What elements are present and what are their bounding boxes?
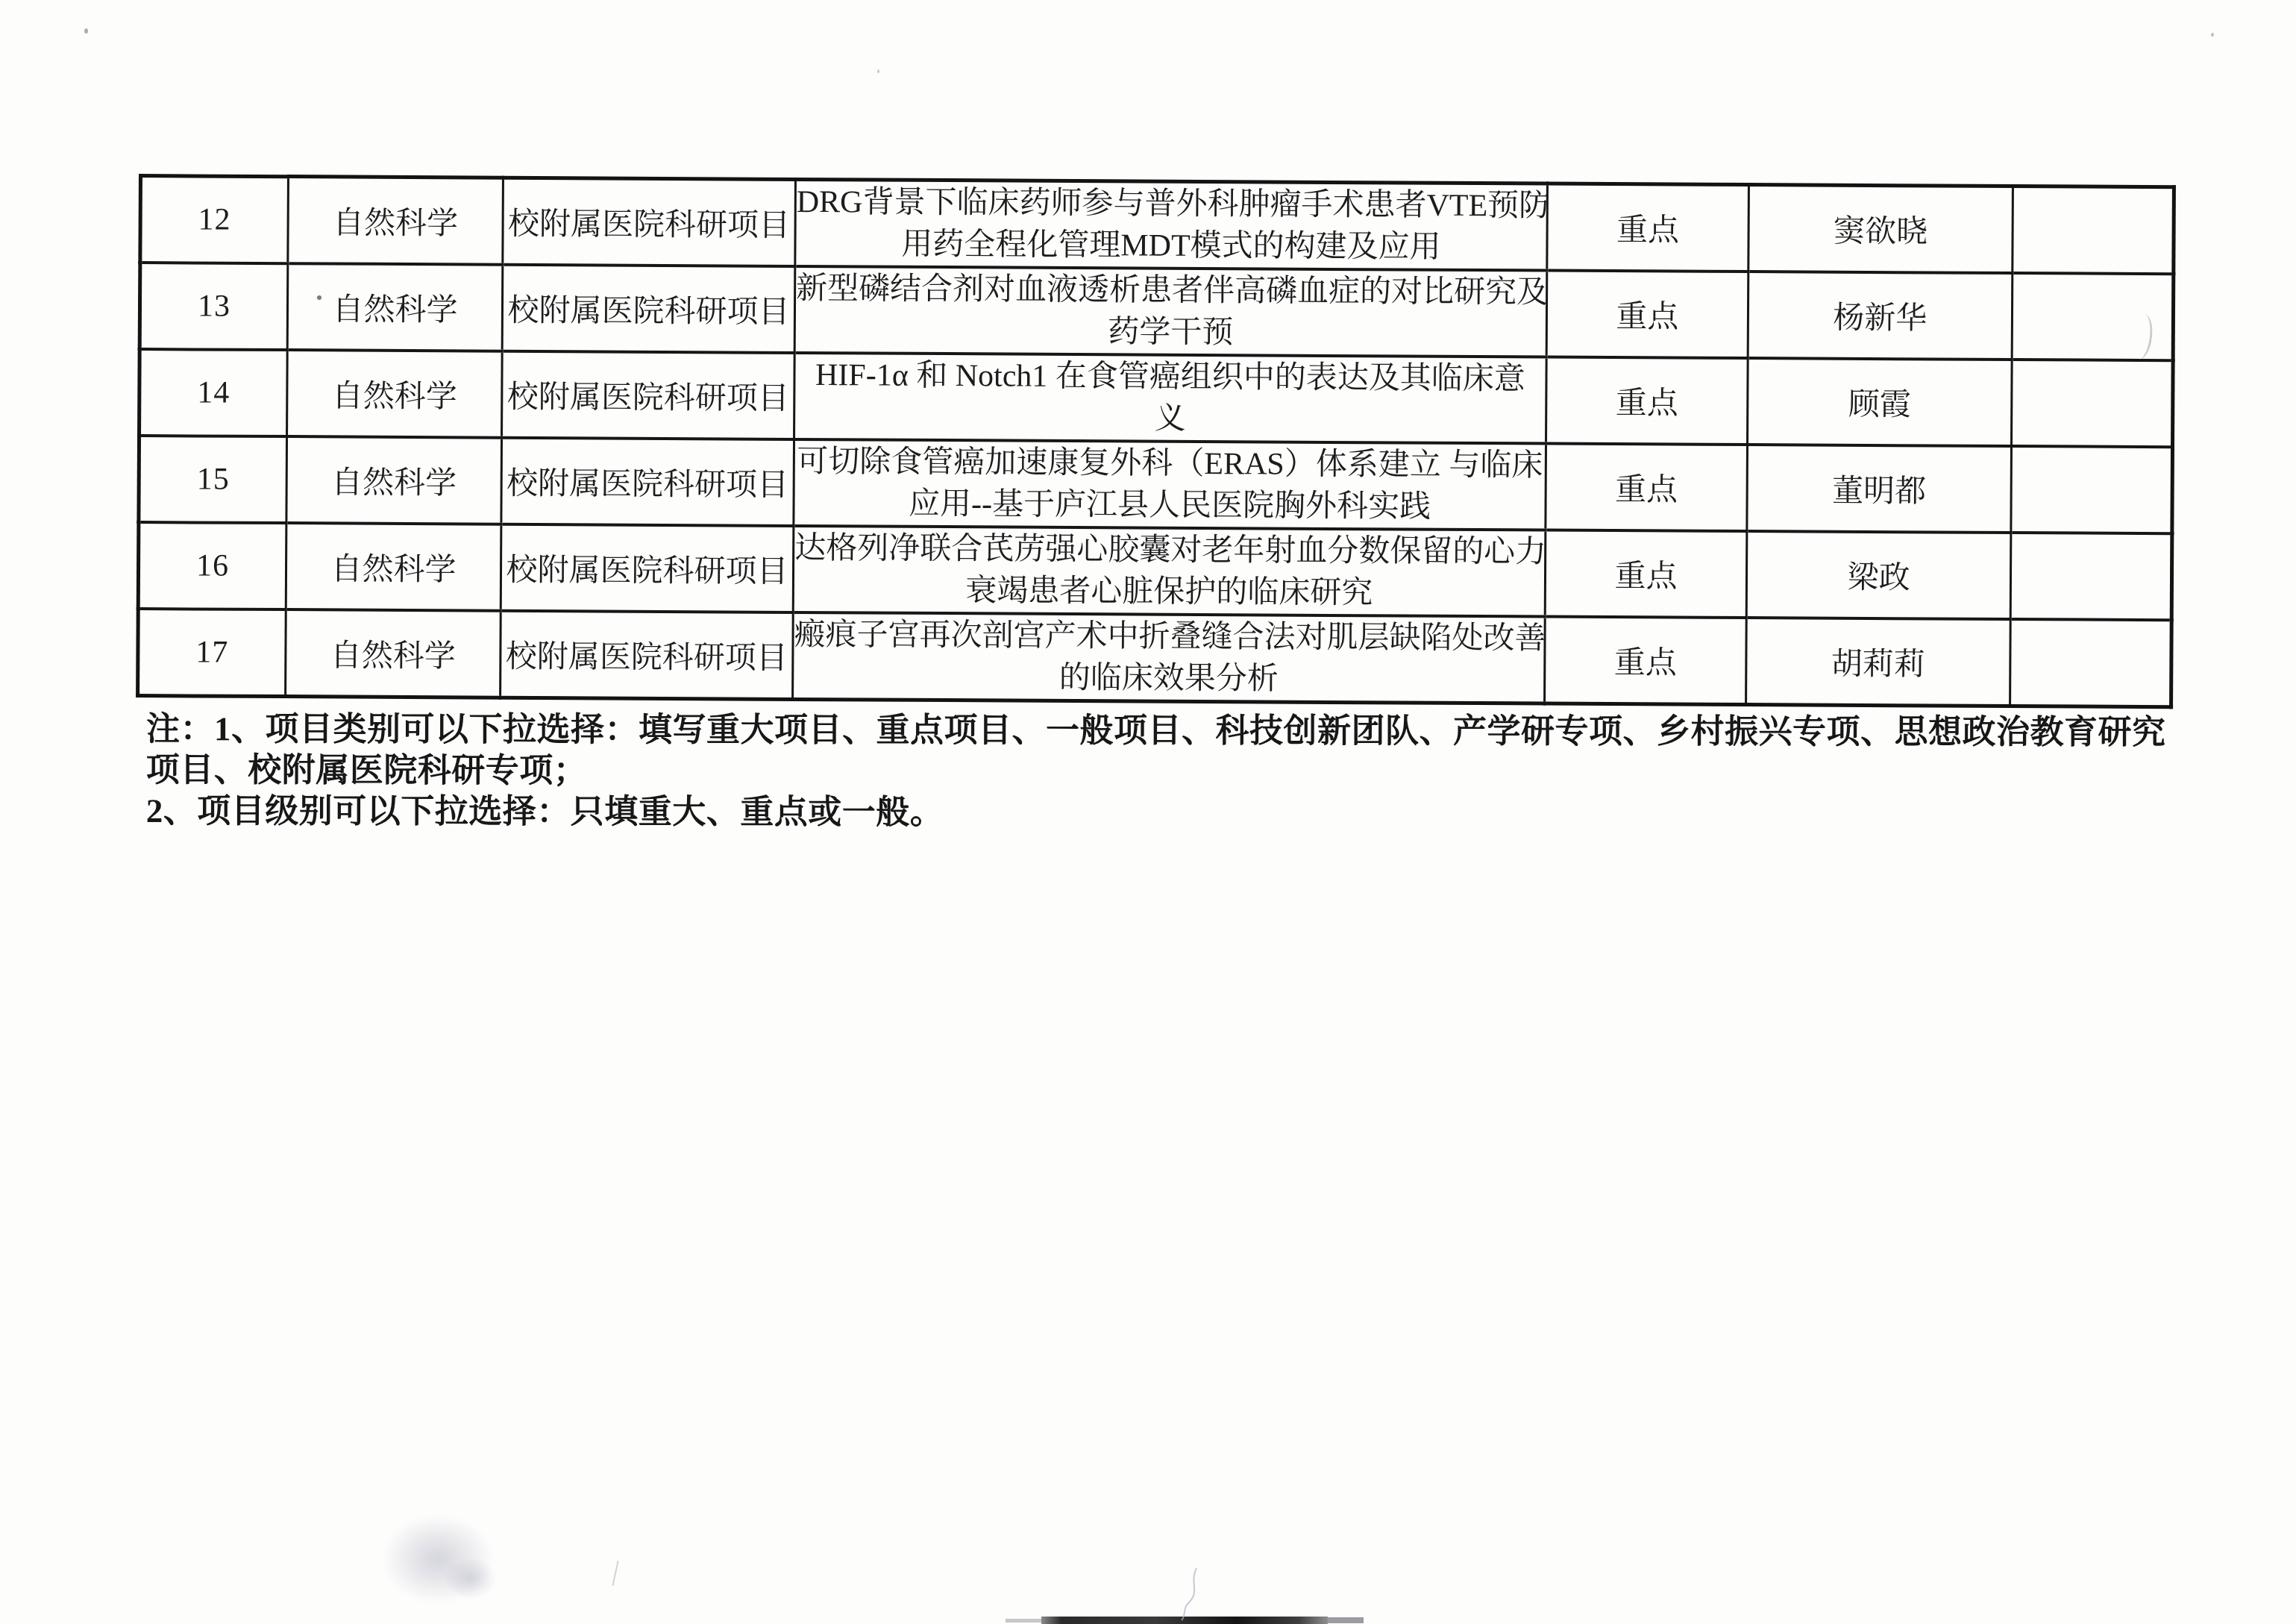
cell-no: 17 [138, 609, 286, 697]
title-line: 用药全程化管理MDT模式的构建及应用 [796, 223, 1546, 269]
cell-category: 自然科学 [287, 350, 503, 438]
scan-speck [877, 69, 879, 73]
scan-smudge [445, 1558, 497, 1599]
cell-leader: 胡莉莉 [1746, 618, 2011, 706]
table-row: 14 自然科学 校附属医院科研项目 HIF-1α 和 Notch1 在食管癌组织… [139, 349, 2174, 447]
scanned-document-page: 12 自然科学 校附属医院科研项目 DRG背景下临床药师参与普外科肿瘤手术患者V… [0, 0, 2296, 1624]
cell-leader: 顾霞 [1748, 358, 2013, 446]
title-line: 可切除食管癌加速康复外科（ERAS）体系建立 与临床 [795, 441, 1545, 487]
note-line: 项目、校附属医院科研专项； [146, 750, 2166, 794]
title-line: 的临床效果分析 [794, 656, 1543, 702]
cell-level: 重点 [1546, 357, 1748, 445]
cell-no: 16 [138, 522, 286, 609]
title-line: 药学干预 [796, 310, 1546, 356]
cell-project-type: 校附属医院科研项目 [503, 178, 796, 266]
cell-title: 达格列净联合芪苈强心胶囊对老年射血分数保留的心力 衰竭患者心脏保护的临床研究 [793, 526, 1546, 617]
projects-table-wrap: 12 自然科学 校附属医院科研项目 DRG背景下临床药师参与普外科肿瘤手术患者V… [136, 174, 2172, 709]
cell-remark [2010, 619, 2172, 707]
table-row: 16 自然科学 校附属医院科研项目 达格列净联合芪苈强心胶囊对老年射血分数保留的… [138, 522, 2172, 620]
title-line: HIF-1α 和 Notch1 在食管癌组织中的表达及其临床意 [795, 354, 1545, 401]
table-row: 13 自然科学 校附属医院科研项目 新型磷结合剂对血液透析患者伴高磷血症的对比研… [139, 263, 2174, 360]
scan-speck [2211, 33, 2214, 37]
scan-edge-bar [1328, 1617, 1364, 1623]
cell-level: 重点 [1546, 271, 1748, 359]
scan-squiggle [1168, 1564, 1213, 1623]
title-line: 达格列净联合芪苈强心胶囊对老年射血分数保留的心力 [794, 527, 1544, 574]
cell-level: 重点 [1546, 444, 1748, 532]
cell-no: 13 [139, 263, 288, 350]
notes: 注：1、项目类别可以下拉选择：填写重大项目、重点项目、一般项目、科技创新团队、产… [146, 709, 2166, 835]
title-line: 衰竭患者心脏保护的临床研究 [794, 569, 1544, 615]
title-line: 应用--基于庐江县人民医院胸外科实践 [794, 483, 1544, 529]
cell-level: 重点 [1545, 530, 1747, 618]
cell-no: 14 [139, 349, 288, 436]
table-row: 17 自然科学 校附属医院科研项目 瘢痕子宫再次剖宫产术中折叠缝合法对肌层缺陷处… [138, 609, 2172, 707]
cell-no: 12 [140, 176, 289, 264]
cell-title: DRG背景下临床药师参与普外科肿瘤手术患者VTE预防 用药全程化管理MDT模式的… [795, 179, 1548, 270]
scan-edge-bar [1006, 1619, 1041, 1623]
cell-title: 可切除食管癌加速康复外科（ERAS）体系建立 与临床 应用--基于庐江县人民医院… [794, 439, 1546, 530]
title-line: DRG背景下临床药师参与普外科肿瘤手术患者VTE预防 [797, 181, 1546, 228]
cell-title: 瘢痕子宫再次剖宫产术中折叠缝合法对肌层缺陷处改善 的临床效果分析 [793, 612, 1546, 703]
title-line: 新型磷结合剂对血液透析患者伴高磷血症的对比研究及 [796, 268, 1546, 314]
cell-level: 重点 [1547, 184, 1749, 272]
cell-remark [2012, 273, 2174, 360]
cell-category: 自然科学 [288, 177, 504, 265]
cell-remark [2013, 186, 2174, 275]
cell-no: 15 [139, 436, 287, 523]
table-row: 12 自然科学 校附属医院科研项目 DRG背景下临床药师参与普外科肿瘤手术患者V… [140, 176, 2174, 275]
cell-category: 自然科学 [286, 436, 502, 524]
scan-edge-bar [1041, 1617, 1328, 1624]
cell-title: HIF-1α 和 Notch1 在食管癌组织中的表达及其临床意 义 [794, 353, 1547, 444]
note-line: 2、项目级别可以下拉选择：只填重大、重点或一般。 [146, 791, 2166, 835]
cell-leader: 梁政 [1746, 531, 2011, 619]
projects-table: 12 自然科学 校附属医院科研项目 DRG背景下临床药师参与普外科肿瘤手术患者V… [136, 174, 2176, 709]
cell-level: 重点 [1545, 617, 1747, 705]
scan-scratch [612, 1561, 618, 1586]
title-line: 瘢痕子宫再次剖宫产术中折叠缝合法对肌层缺陷处改善 [794, 614, 1543, 660]
cell-category: 自然科学 [286, 609, 501, 697]
scan-speck [84, 28, 88, 34]
cell-project-type: 校附属医院科研项目 [501, 524, 794, 612]
cell-category: 自然科学 [286, 523, 501, 611]
cell-remark [2011, 446, 2173, 533]
cell-project-type: 校附属医院科研项目 [502, 265, 795, 353]
cell-project-type: 校附属医院科研项目 [501, 438, 794, 526]
cell-leader: 窦欲晓 [1748, 185, 2013, 273]
title-line: 义 [795, 396, 1545, 442]
cell-project-type: 校附属医院科研项目 [501, 611, 794, 700]
scan-smudge [382, 1514, 494, 1604]
cell-remark [2010, 533, 2172, 620]
cell-project-type: 校附属医院科研项目 [502, 351, 795, 439]
cell-leader: 杨新华 [1748, 272, 2013, 360]
cell-category: 自然科学 [287, 263, 503, 351]
table-row: 15 自然科学 校附属医院科研项目 可切除食管癌加速康复外科（ERAS）体系建立… [139, 436, 2173, 533]
cell-leader: 董明都 [1747, 445, 2012, 533]
cell-title: 新型磷结合剂对血液透析患者伴高磷血症的对比研究及 药学干预 [794, 266, 1547, 357]
note-line: 注：1、项目类别可以下拉选择：填写重大项目、重点项目、一般项目、科技创新团队、产… [146, 709, 2166, 753]
cell-remark [2012, 360, 2174, 447]
